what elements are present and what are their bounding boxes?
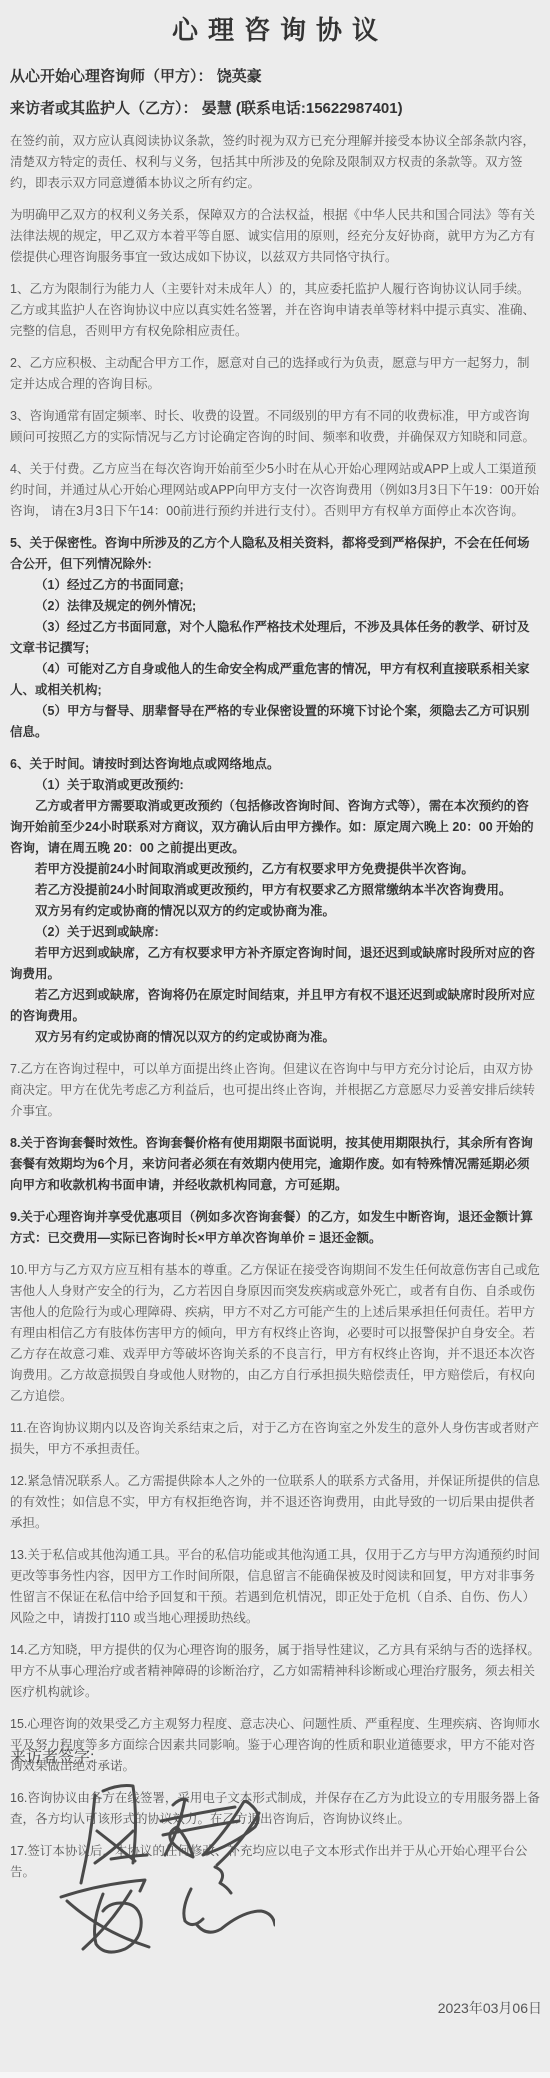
paragraph: （1）经过乙方的书面同意; xyxy=(10,575,540,596)
visitor-signature-handwriting xyxy=(45,1779,275,1957)
paragraph: 13.关于私信或其他沟通工具。平台的私信功能或其他沟通工具，仅用于乙方与甲方沟通… xyxy=(10,1545,540,1629)
paragraph: （1）关于取消或更改预约: xyxy=(10,775,540,796)
paragraph: 若甲方没提前24小时间取消或更改预约，乙方有权要求甲方免费提供半次咨询。 xyxy=(10,859,540,880)
party-a-line: 从心开始心理咨询师（甲方）： 饶英豪 xyxy=(10,67,540,87)
paragraph: 4、关于付费。乙方应当在每次咨询开始前至少5小时在从心开始心理网站或APP上或人… xyxy=(10,459,540,522)
paragraph: 14.乙方知晓，甲方提供的仅为心理咨询的服务，属于指导性建议，乙方具有采纳与否的… xyxy=(10,1640,540,1703)
paragraph: 若乙方没提前24小时间取消或更改预约，甲方有权要求乙方照常缴纳本半次咨询费用。 xyxy=(10,880,540,901)
paragraph: 双方另有约定或协商的情况以双方的约定或协商为准。 xyxy=(10,901,540,922)
paragraph: 8.关于咨询套餐时效性。咨询套餐价格有使用期限书面说明，按其使用期限执行，其余所… xyxy=(10,1133,540,1196)
paragraph: 为明确甲乙双方的权利义务关系，保障双方的合法权益，根据《中华人民共和国合同法》等… xyxy=(10,205,540,268)
paragraph: 7.乙方在咨询过程中，可以单方面提出终止咨询。但建议在咨询中与甲方充分讨论后，由… xyxy=(10,1059,540,1122)
party-a-name: 饶英豪 xyxy=(217,68,262,85)
party-b-name-phone: 晏慧 (联系电话:15622987401) xyxy=(202,100,403,117)
paragraph: 在签约前，双方应认真阅读协议条款，签约时视为双方已充分理解并接受本协议全部条款内… xyxy=(10,131,540,194)
paragraph: 6、关于时间。请按时到达咨询地点或网络地点。 xyxy=(10,754,540,775)
paragraph: 10.甲方与乙方双方应互相有基本的尊重。乙方保证在接受咨询期间不发生任何故意伤害… xyxy=(10,1260,540,1407)
paragraph: （5）甲方与督导、朋辈督导在严格的专业保密设置的环境下讨论个案，须隐去乙方可识别… xyxy=(10,701,540,743)
party-a-label: 从心开始心理咨询师（甲方）： xyxy=(10,68,213,85)
paragraph: 5、关于保密性。咨询中所涉及的乙方个人隐私及相关资料，都将受到严格保护，不会在任… xyxy=(10,533,540,575)
party-b-line: 来访者或其监护人（乙方）： 晏慧 (联系电话:15622987401) xyxy=(10,99,540,119)
sign-date: 2023年03月06日 xyxy=(438,1998,542,2018)
agreement-page: 心理咨询协议 从心开始心理咨询师（甲方）： 饶英豪 来访者或其监护人（乙方）： … xyxy=(0,0,550,1883)
paragraph: 9.关于心理咨询并享受优惠项目（例如多次咨询套餐）的乙方，如发生中断咨询，退还金… xyxy=(10,1207,540,1249)
paragraph: 11.在咨询协议期内以及咨询关系结束之后，对于乙方在咨询室之外发生的意外人身伤害… xyxy=(10,1418,540,1460)
visitor-signature-label: 来访者签字: xyxy=(10,1744,550,1767)
signature-section: 来访者签字: xyxy=(0,1744,550,1957)
paragraph: 2、乙方应积极、主动配合甲方工作，愿意对自己的选择或行为负责，愿意与甲方一起努力… xyxy=(10,353,540,395)
paragraph: 乙方或者甲方需要取消或更改预约（包括修改咨询时间、咨询方式等），需在本次预约的咨… xyxy=(10,796,540,859)
paragraph: （4）可能对乙方自身或他人的生命安全构成严重危害的情况，甲方有权利直接联系相关家… xyxy=(10,659,540,701)
bottom-strip xyxy=(0,2072,550,2078)
paragraph: 1、乙方为限制行为能力人（主要针对未成年人）的，其应委托监护人履行咨询协议认同手… xyxy=(10,279,540,342)
paragraph: （2）关于迟到或缺席: xyxy=(10,922,540,943)
paragraph: 双方另有约定或协商的情况以双方的约定或协商为准。 xyxy=(10,1027,540,1048)
paragraph: 若甲方迟到或缺席，乙方有权要求甲方补齐原定咨询时间，退还迟到或缺席时段所对应的咨… xyxy=(10,943,540,985)
paragraph: 若乙方迟到或缺席，咨询将仍在原定时间结束，并且甲方有权不退还迟到或缺席时段所对应… xyxy=(10,985,540,1027)
paragraph: 3、咨询通常有固定频率、时长、收费的设置。不同级别的甲方有不同的收费标准，甲方或… xyxy=(10,406,540,448)
page-title: 心理咨询协议 xyxy=(10,0,540,55)
paragraph: 12.紧急情况联系人。乙方需提供除本人之外的一位联系人的联系方式备用，并保证所提… xyxy=(10,1471,540,1534)
paragraph: （3）经过乙方书面同意，对个人隐私作严格技术处理后，不涉及具体任务的教学、研讨及… xyxy=(10,617,540,659)
party-b-label: 来访者或其监护人（乙方）： xyxy=(10,100,198,117)
agreement-body: 在签约前，双方应认真阅读协议条款，签约时视为双方已充分理解并接受本协议全部条款内… xyxy=(10,131,540,1883)
paragraph: （2）法律及规定的例外情况; xyxy=(10,596,540,617)
